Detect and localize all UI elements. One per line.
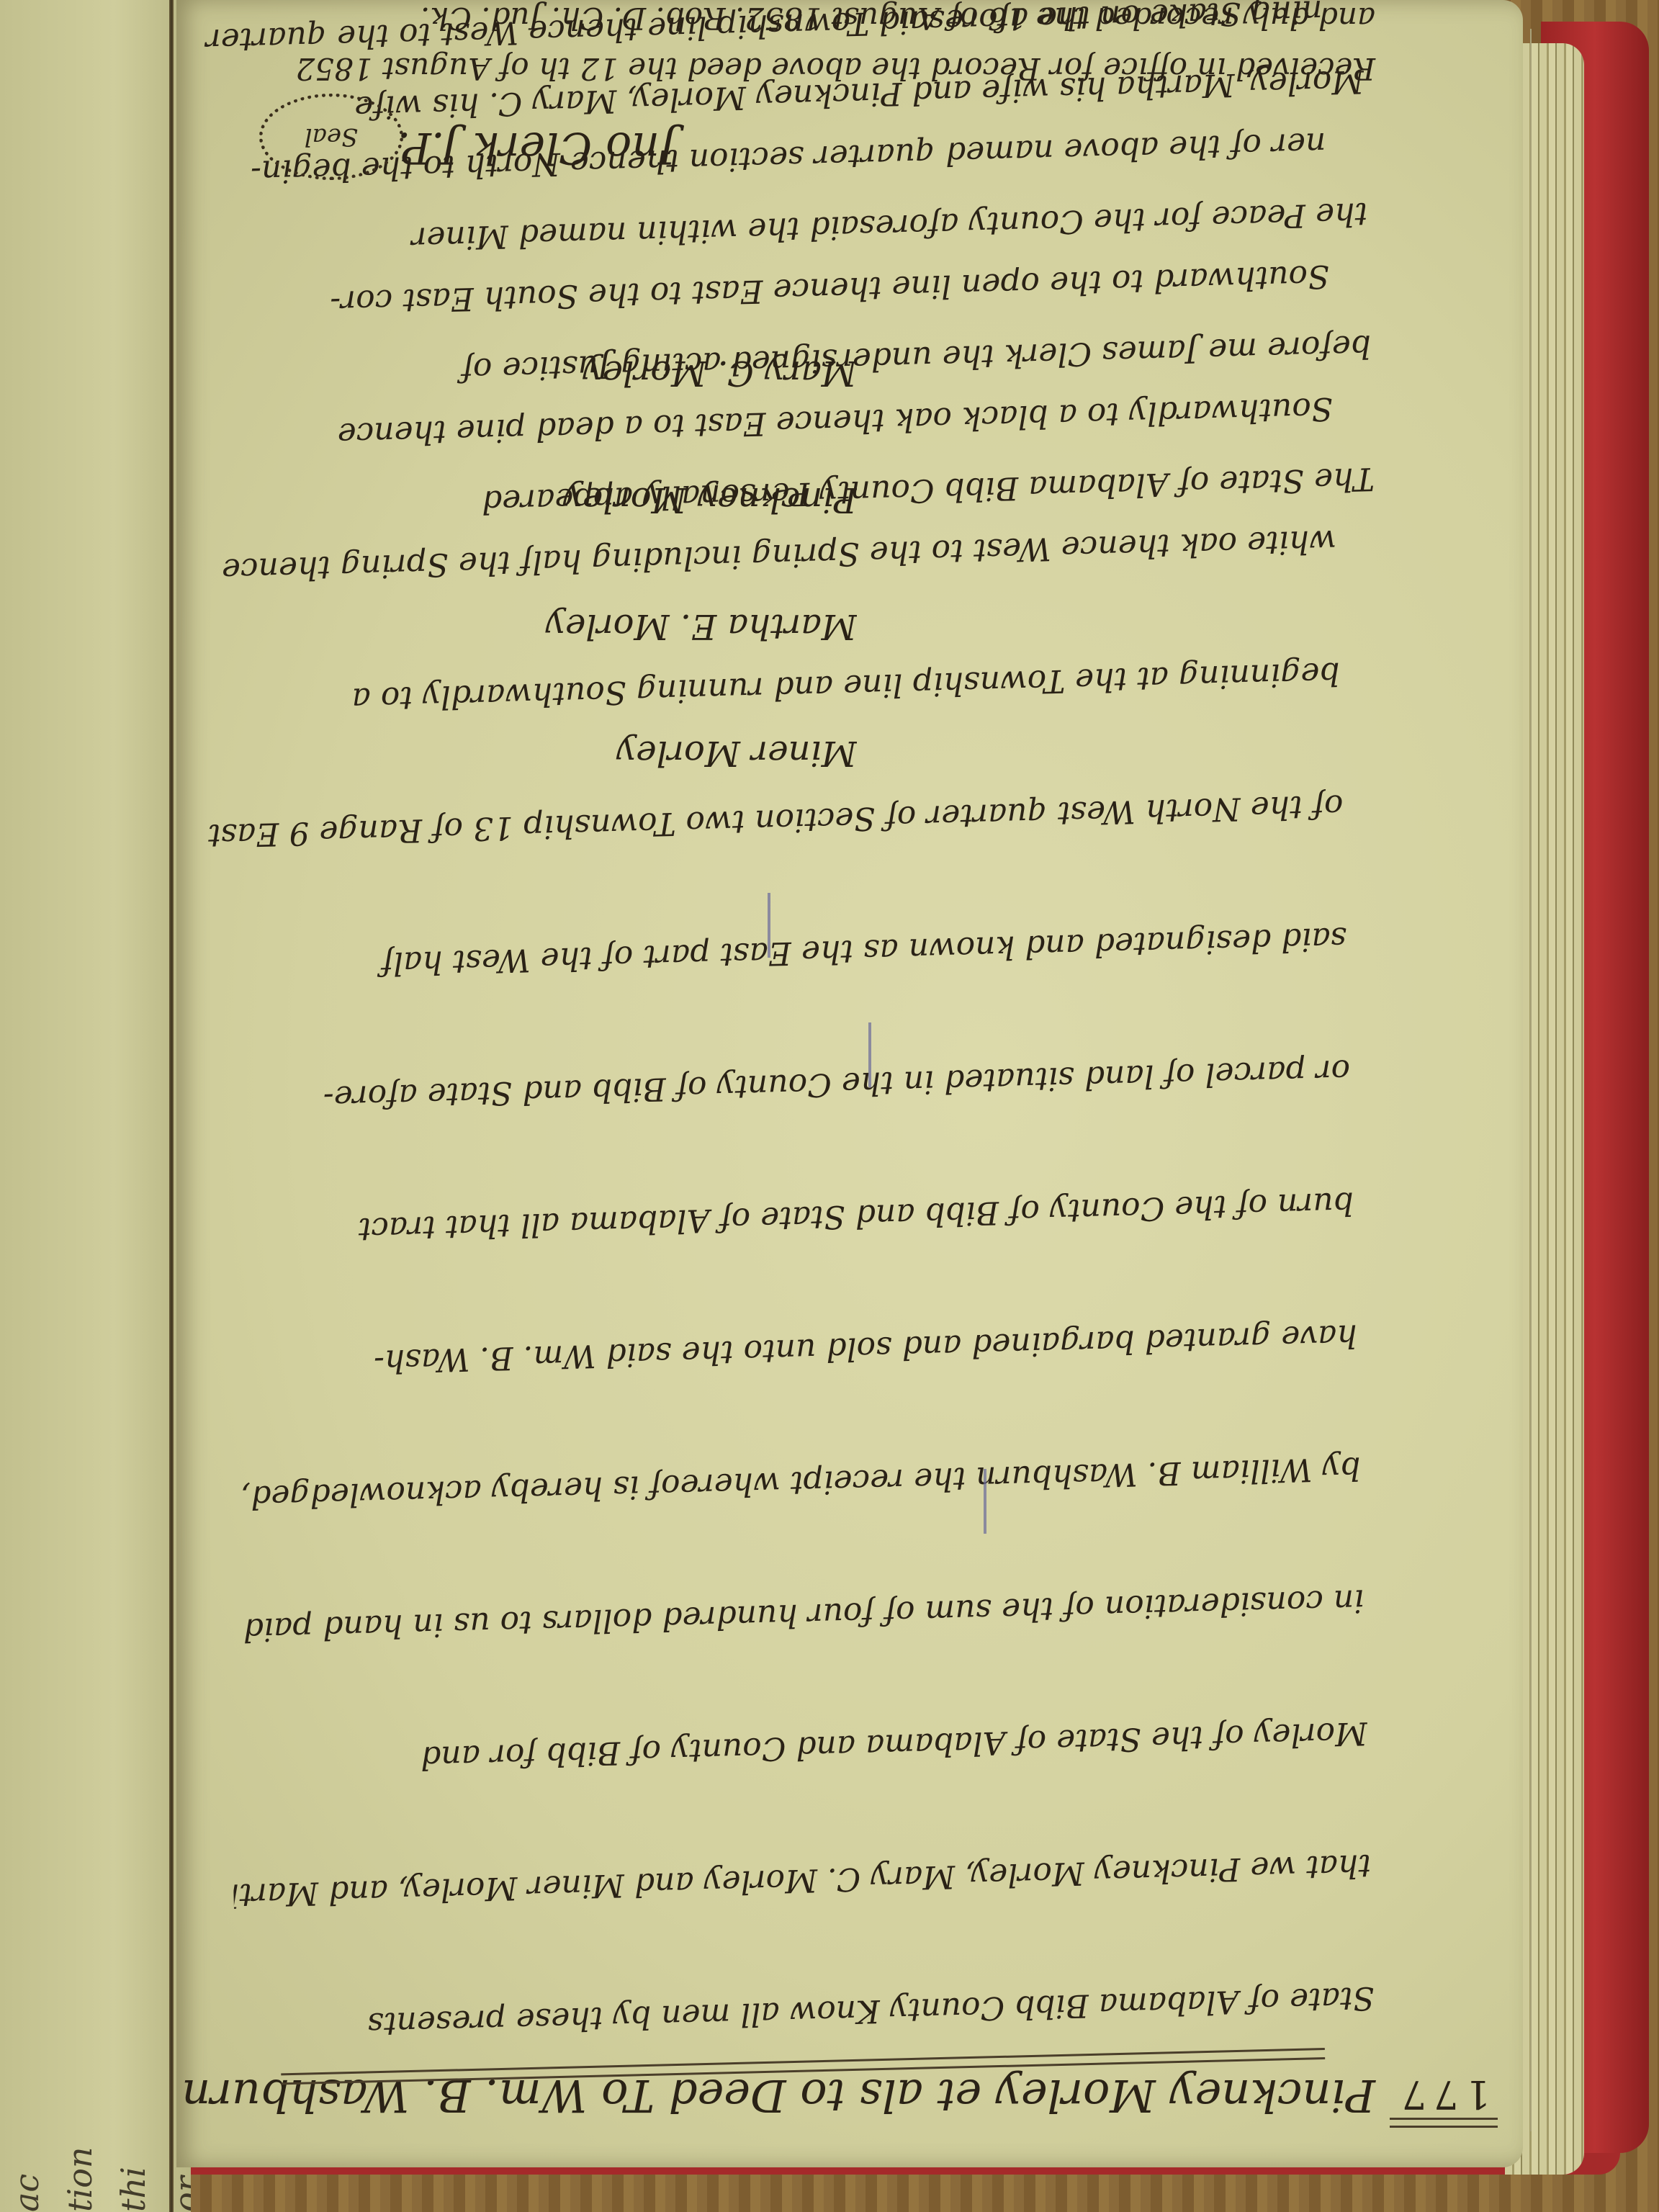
page-number-underline [1390, 2118, 1498, 2128]
signature-line: Martha E. Morley [281, 595, 857, 658]
deed-body-line: State of Alabama Bibb County Know all me… [236, 1964, 1375, 2060]
book-gutter [169, 0, 174, 2212]
deed-body-line: said designated and known as the East pa… [209, 905, 1348, 1001]
acknowledgment-line: before me James Clerk the undersigned ac… [233, 313, 1372, 408]
deed-body-line: by William B. Washburn the receipt where… [222, 1434, 1362, 1530]
pencil-mark [979, 1469, 986, 1534]
deed-body-line: have granted bargained and sold unto the… [219, 1302, 1358, 1398]
pencil-mark [864, 1022, 871, 1087]
margin-rule [1530, 29, 1532, 2131]
deed-body-line: in consideration of the sum of four hund… [226, 1567, 1365, 1663]
left-facing-page: ac tion thi or a nu pro tica nd 180 nota… [0, 0, 191, 2212]
deed-body-line: of the North West quarter of Section two… [205, 773, 1344, 868]
pencil-mark [763, 893, 770, 958]
deed-body-line: or parcel of land situated in the County… [212, 1037, 1351, 1133]
upside-down-page-content: 177 Pinckney Morley et als to Deed To Wm… [209, 0, 1505, 2167]
recording-note: Received in office for Record the above … [238, 0, 1375, 94]
deed-body-line: burn of the County of Bibb and State of … [215, 1169, 1354, 1265]
signature-line: Miner Morley [281, 721, 857, 785]
seal-icon: Seal [259, 94, 403, 180]
seal-label: Seal [305, 122, 359, 151]
left-page-fragments: ac tion thi or a nu pro tica nd 180 nota… [0, 0, 72, 2212]
deed-body-line: that we Pinckney Morley, Mary C. Morley … [233, 1832, 1372, 1928]
deed-body-line: Morley of the State of Alabama and Count… [230, 1699, 1369, 1795]
page-number: 177 [1395, 2072, 1491, 2117]
clerk-signature: Jno Clerk J.P. [397, 122, 677, 173]
acknowledgment-line: the Peace for the County aforesaid the w… [230, 180, 1369, 276]
